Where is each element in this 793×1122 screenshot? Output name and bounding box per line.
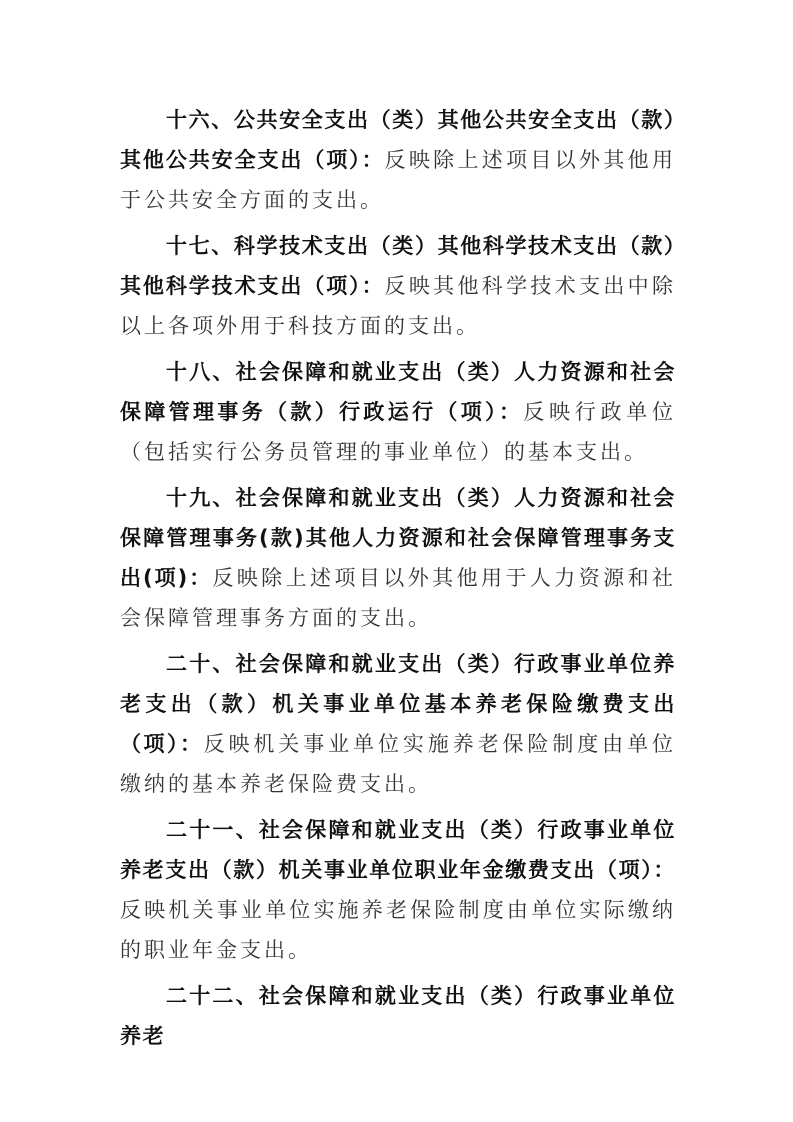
item-heading: 二十一、社会保障和就业支出（类）行政事业单位养老支出（款）机关事业单位职业年金缴… [120,818,676,882]
paragraph-item-20: 二十、社会保障和就业支出（类）行政事业单位养老支出（款）机关事业单位基本养老保险… [120,644,676,804]
document-body: 十六、公共安全支出（类）其他公共安全支出（款）其他公共安全支出（项）：反映除上述… [120,100,676,1062]
paragraph-item-18: 十八、社会保障和就业支出（类）人力资源和社会保障管理事务（款）行政运行（项）：反… [120,352,676,472]
item-heading: 二十二、社会保障和就业支出（类）行政事业单位养老 [120,984,676,1048]
paragraph-item-19: 十九、社会保障和就业支出（类）人力资源和社会保障管理事务(款)其他人力资源和社会… [120,478,676,638]
paragraph-item-22: 二十二、社会保障和就业支出（类）行政事业单位养老 [120,976,676,1056]
item-description: 反映机关事业单位实施养老保险制度由单位缴纳的基本养老保险费支出。 [120,732,676,796]
paragraph-item-16: 十六、公共安全支出（类）其他公共安全支出（款）其他公共安全支出（项）：反映除上述… [120,100,676,220]
item-description: 反映机关事业单位实施养老保险制度由单位实际缴纳的职业年金支出。 [120,898,676,962]
document-page: 十六、公共安全支出（类）其他公共安全支出（款）其他公共安全支出（项）：反映除上述… [0,0,793,1122]
paragraph-item-17: 十七、科学技术支出（类）其他科学技术支出（款）其他科学技术支出（项）：反映其他科… [120,226,676,346]
paragraph-item-21: 二十一、社会保障和就业支出（类）行政事业单位养老支出（款）机关事业单位职业年金缴… [120,810,676,970]
